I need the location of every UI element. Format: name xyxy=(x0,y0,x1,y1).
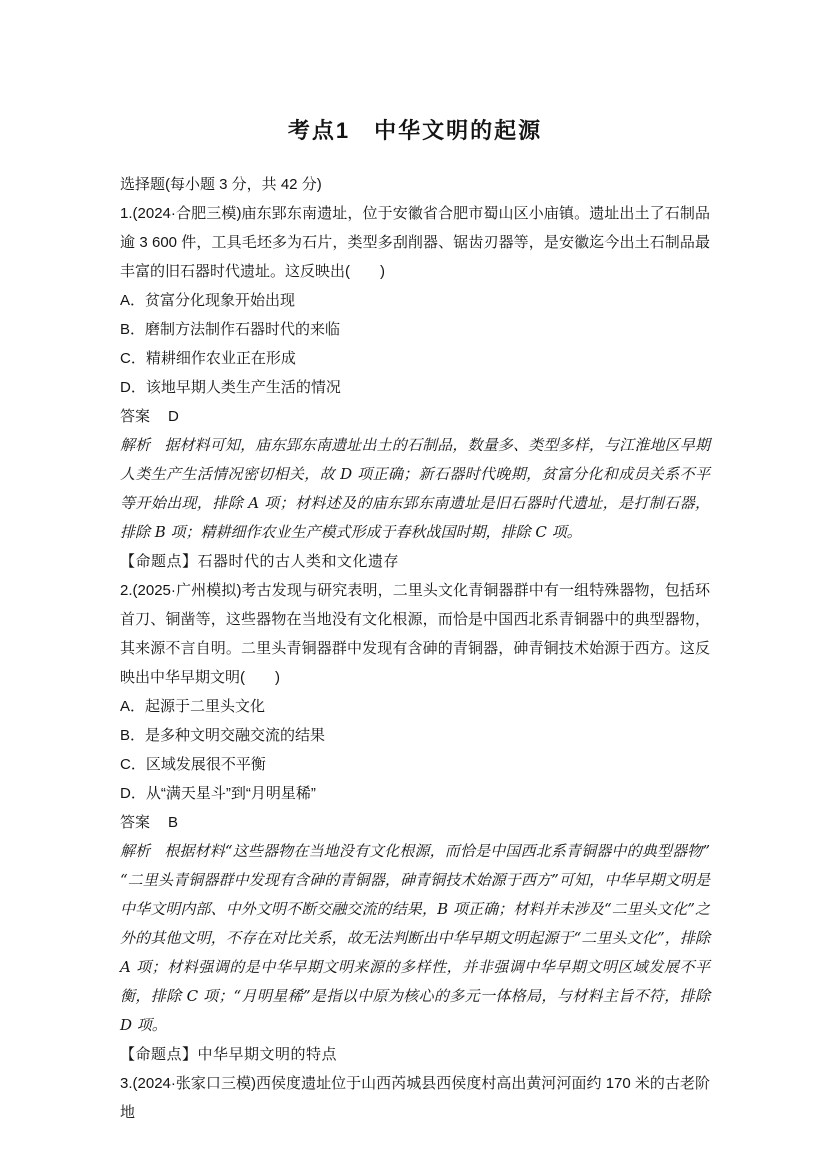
question-2-option-a: A．起源于二里头文化 xyxy=(120,692,710,721)
question-2: 2.(2025·广州模拟)考古发现与研究表明，二里头文化青铜器群中有一组特殊器物… xyxy=(120,576,710,1069)
question-3: 3.(2024·张家口三模)西侯度遗址位于山西芮城县西侯度村高出黄河河面约 17… xyxy=(120,1069,710,1127)
question-2-option-b: B．是多种文明交融交流的结果 xyxy=(120,721,710,750)
question-1-stem: 1.(2024·合肥三模)庙东郢东南遗址，位于安徽省合肥市蜀山区小庙镇。遗址出土… xyxy=(120,199,710,286)
question-1-option-a: A．贫富分化现象开始出现 xyxy=(120,286,710,315)
question-2-analysis: 解析根据材料“这些器物在当地没有文化根源，而恰是中国西北系青铜器中的典型器物”“… xyxy=(120,837,710,1040)
question-2-stem: 2.(2025·广州模拟)考古发现与研究表明，二里头文化青铜器群中有一组特殊器物… xyxy=(120,576,710,692)
exam-point-label: 【命题点】 xyxy=(120,553,198,570)
question-1-option-c: C．精耕细作农业正在形成 xyxy=(120,344,710,373)
question-3-stem: 3.(2024·张家口三模)西侯度遗址位于山西芮城县西侯度村高出黄河河面约 17… xyxy=(120,1069,710,1127)
exam-point-label: 【命题点】 xyxy=(120,1046,198,1063)
question-1-answer-line: 答案D xyxy=(120,402,710,431)
question-1: 1.(2024·合肥三模)庙东郢东南遗址，位于安徽省合肥市蜀山区小庙镇。遗址出土… xyxy=(120,199,710,576)
analysis-text: 根据材料“这些器物在当地没有文化根源，而恰是中国西北系青铜器中的典型器物”“二里… xyxy=(120,842,710,1034)
answer-value: D xyxy=(168,408,179,425)
question-2-exam-point: 【命题点】中华早期文明的特点 xyxy=(120,1040,710,1069)
exam-page: 考点1 中华文明的起源 选择题(每小题 3 分，共 42 分) 1.(2024·… xyxy=(0,0,827,1169)
question-1-option-d: D．该地早期人类生产生活的情况 xyxy=(120,373,710,402)
section-note: 选择题(每小题 3 分，共 42 分) xyxy=(120,170,710,199)
answer-value: B xyxy=(168,814,178,831)
page-title: 考点1 中华文明的起源 xyxy=(120,116,710,146)
answer-label: 答案 xyxy=(120,814,150,831)
answer-label: 答案 xyxy=(120,408,150,425)
analysis-text: 据材料可知，庙东郢东南遗址出土的石制品，数量多、类型多样，与江淮地区早期人类生产… xyxy=(120,436,710,541)
question-2-option-c: C．区域发展很不平衡 xyxy=(120,750,710,779)
question-2-answer-line: 答案B xyxy=(120,808,710,837)
exam-point-text: 中华早期文明的特点 xyxy=(198,1046,338,1063)
exam-point-text: 石器时代的古人类和文化遗存 xyxy=(198,553,400,570)
question-1-option-b: B．磨制方法制作石器时代的来临 xyxy=(120,315,710,344)
analysis-label: 解析 xyxy=(120,842,150,860)
question-1-exam-point: 【命题点】石器时代的古人类和文化遗存 xyxy=(120,547,710,576)
question-2-option-d: D．从“满天星斗”到“月明星稀” xyxy=(120,779,710,808)
question-1-analysis: 解析据材料可知，庙东郢东南遗址出土的石制品，数量多、类型多样，与江淮地区早期人类… xyxy=(120,431,710,547)
analysis-label: 解析 xyxy=(120,436,150,454)
